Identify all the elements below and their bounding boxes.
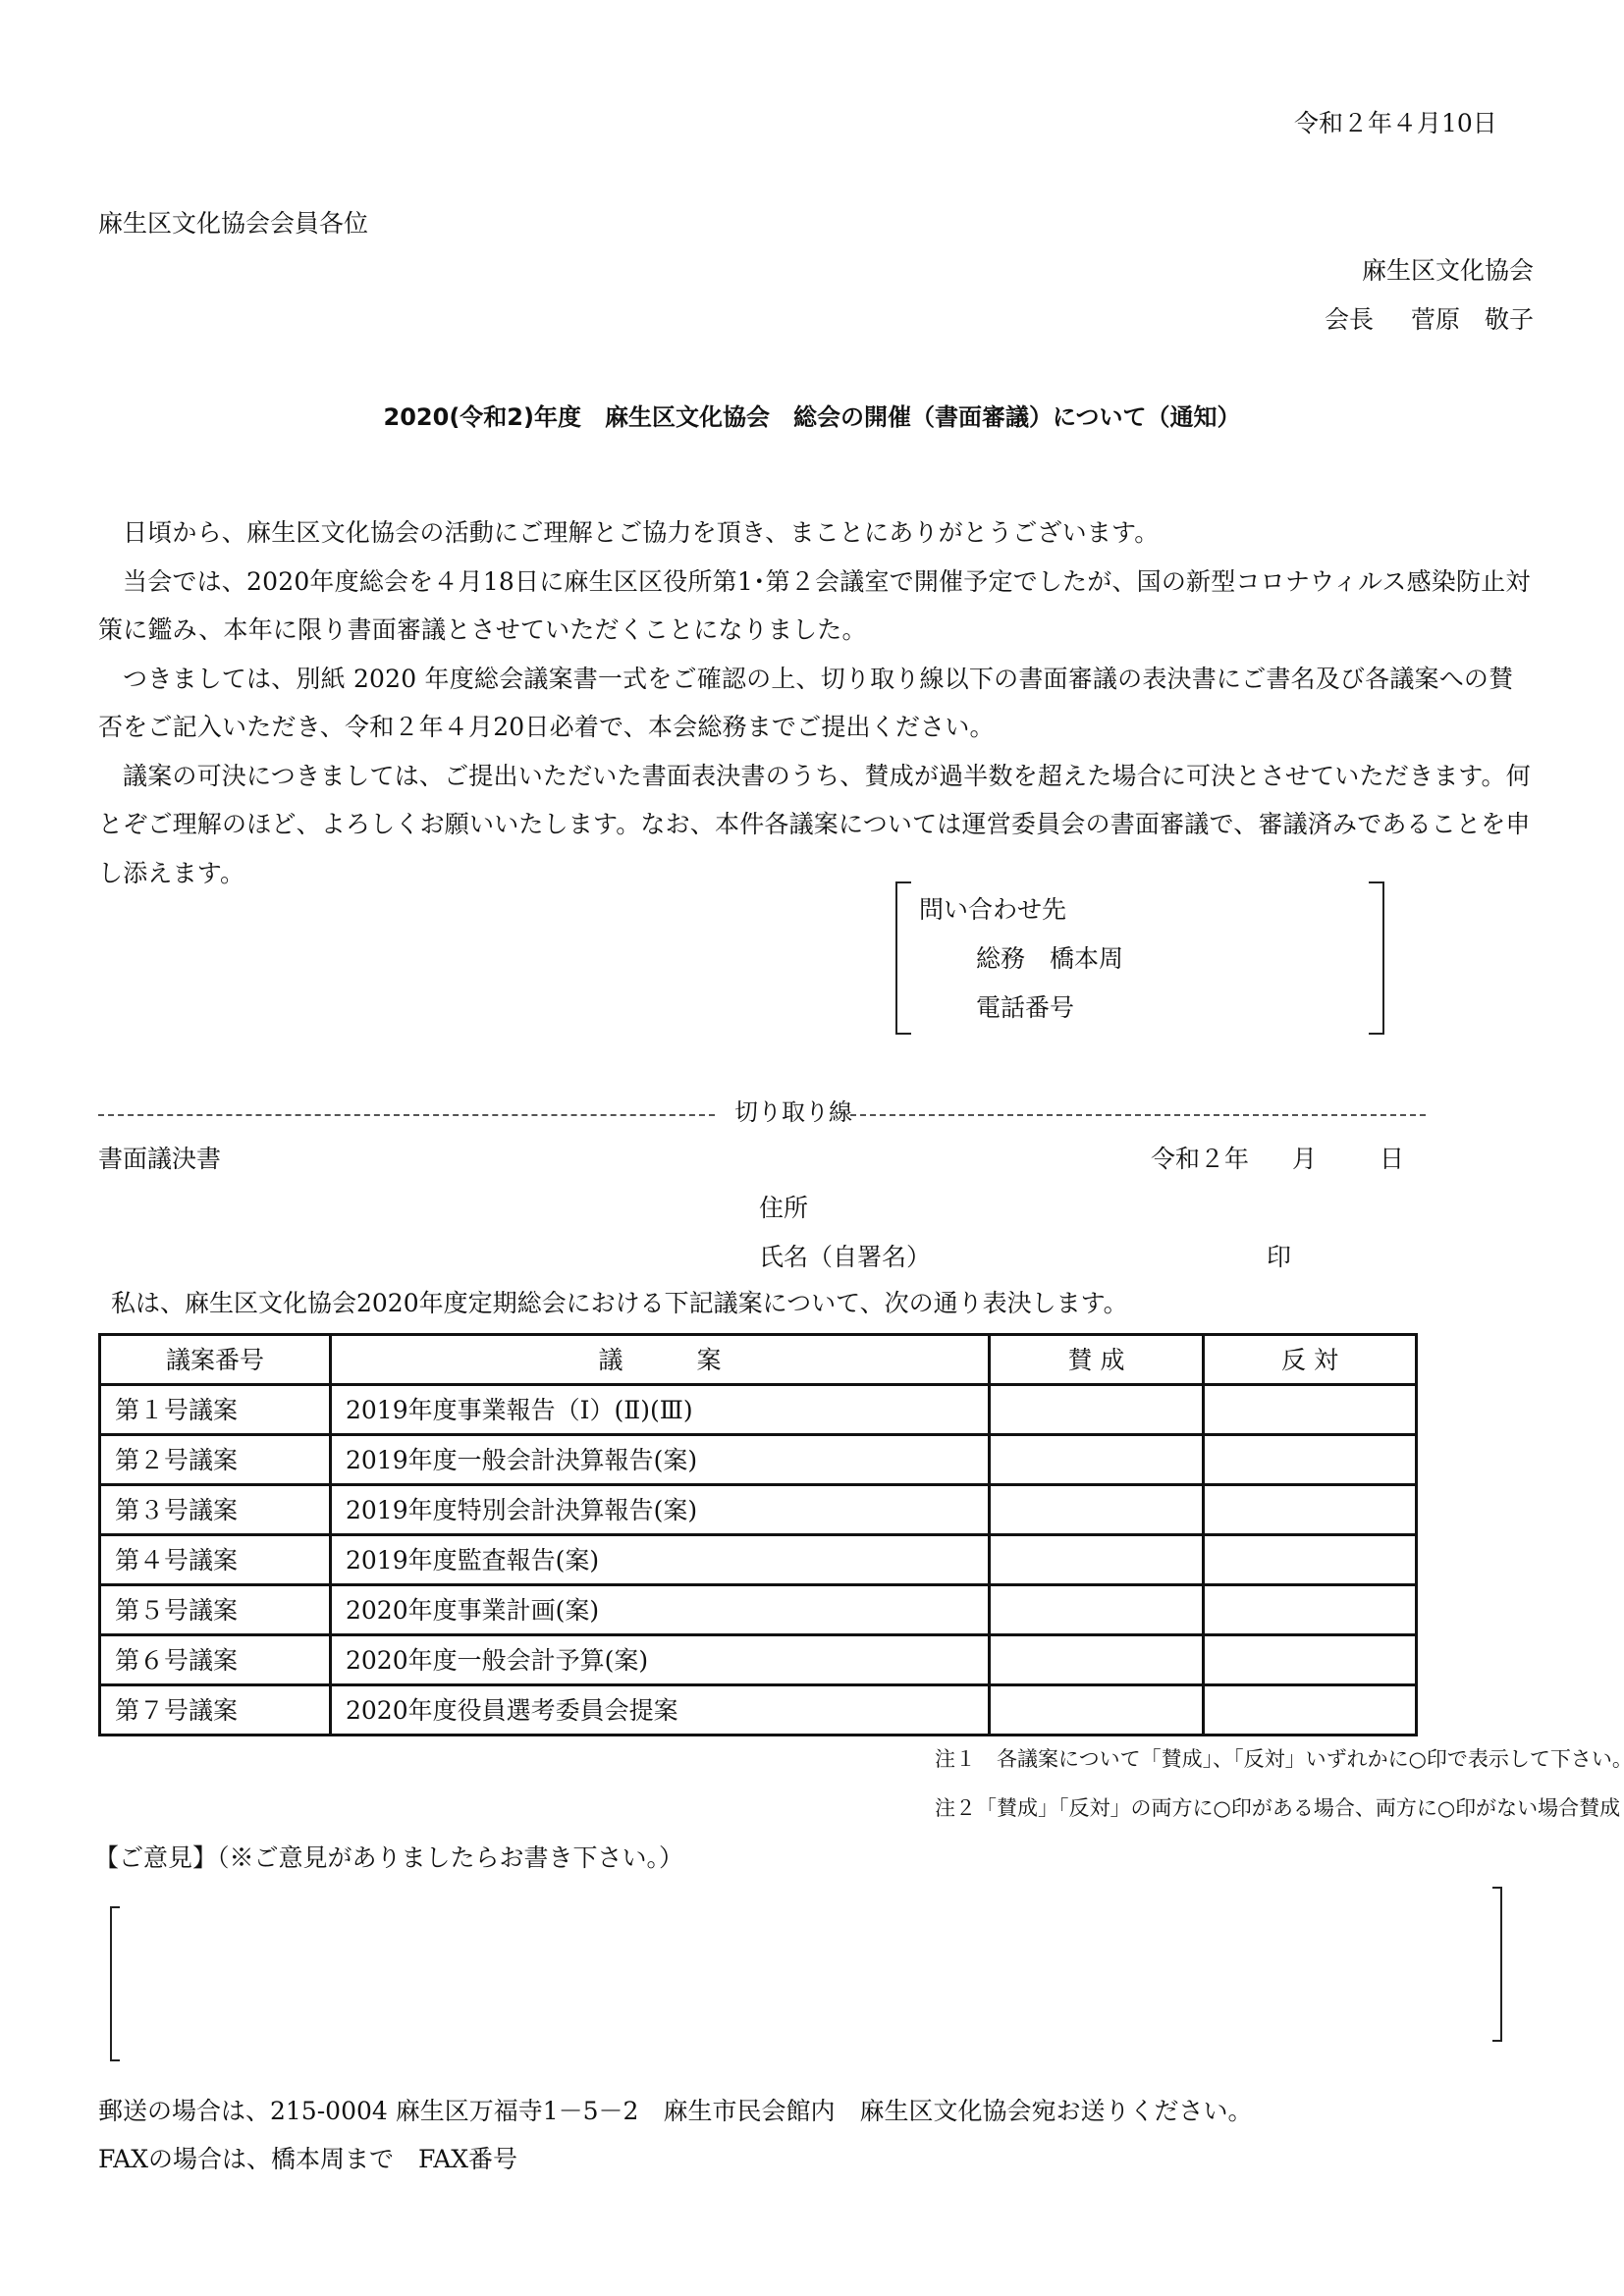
name-field-label[interactable]: 氏名（自署名） (759, 1245, 931, 1269)
approve-cell[interactable] (990, 1585, 1204, 1635)
right-bracket (1369, 881, 1384, 1035)
form-date-era: 令和２年 (1151, 1147, 1249, 1171)
proposal-number: 第３号議案 (100, 1485, 331, 1535)
left-bracket (110, 1906, 120, 2061)
proposal-item: 2020年度事業計画(案) (331, 1585, 990, 1635)
body-paragraph: 当会では、2020年度総会を４月18日に麻生区区役所第1･第２会議室で開催予定で… (98, 558, 1534, 655)
notice-body: 日頃から、麻生区文化協会の活動にご理解とご協力を頂き、まことにありがとうございま… (98, 508, 1534, 897)
approve-cell[interactable] (990, 1535, 1204, 1585)
dashed-line (850, 1114, 1426, 1116)
contact-person: 総務 橋本周 (976, 946, 1123, 971)
body-paragraph: つきましては、別紙 2020 年度総会議案書一式をご確認の上、切り取り線以下の書… (98, 655, 1534, 752)
oppose-cell[interactable] (1204, 1685, 1417, 1735)
proposal-item: 2020年度一般会計予算(案) (331, 1635, 990, 1685)
approve-cell[interactable] (990, 1385, 1204, 1435)
table-row: 第６号議案 2020年度一般会計予算(案) (100, 1635, 1417, 1685)
form-title: 書面議決書 (98, 1147, 221, 1171)
column-header-number: 議案番号 (100, 1335, 331, 1385)
document-date: 令和２年４月10日 (1294, 111, 1497, 135)
proposal-item: 2019年度一般会計決算報告(案) (331, 1435, 990, 1485)
oppose-cell[interactable] (1204, 1635, 1417, 1685)
proposal-number: 第６号議案 (100, 1635, 331, 1685)
table-row: 第３号議案 2019年度特別会計決算報告(案) (100, 1485, 1417, 1535)
table-row: 第７号議案 2020年度役員選考委員会提案 (100, 1685, 1417, 1735)
proposal-item: 2020年度役員選考委員会提案 (331, 1685, 990, 1735)
column-header-approve: 賛 成 (990, 1335, 1204, 1385)
dashed-line (98, 1114, 715, 1116)
sender-name: 菅原 敬子 (1411, 305, 1534, 334)
sender-role: 会長 (1325, 305, 1374, 334)
fax-instructions: FAXの場合は、橋本周まで FAX番号 (98, 2147, 517, 2171)
oppose-cell[interactable] (1204, 1485, 1417, 1535)
column-header-oppose: 反 対 (1204, 1335, 1417, 1385)
contact-phone-label: 電話番号 (976, 995, 1074, 1020)
cut-line-label: 切り取り線 (734, 1100, 852, 1124)
sender-signature: 会長菅原 敬子 (1325, 307, 1534, 332)
form-date-day: 日 (1380, 1147, 1404, 1171)
column-header-item: 議 案 (331, 1335, 990, 1385)
body-paragraph: 日頃から、麻生区文化協会の活動にご理解とご協力を頂き、まことにありがとうございま… (98, 508, 1534, 558)
right-bracket (1492, 1887, 1502, 2042)
sender-organization: 麻生区文化協会 (1362, 258, 1534, 283)
vote-table: 議案番号 議 案 賛 成 反 対 第１号議案 2019年度事業報告（Ⅰ）(Ⅱ)(… (98, 1333, 1418, 1736)
note-2: 注２「賛成」「反対」の両方に○印がある場合、両方に○印がない場合賛成と見なします… (935, 1798, 1624, 1819)
table-header-row: 議案番号 議 案 賛 成 反 対 (100, 1335, 1417, 1385)
proposal-number: 第１号議案 (100, 1385, 331, 1435)
document-title: 2020(令和2)年度 麻生区文化協会 総会の開催（書面審議）について（通知） (0, 405, 1624, 429)
proposal-item: 2019年度特別会計決算報告(案) (331, 1485, 990, 1535)
body-paragraph: 議案の可決につきましては、ご提出いただいた書面表決書のうち、賛成が過半数を超えた… (98, 752, 1534, 898)
table-row: 第１号議案 2019年度事業報告（Ⅰ）(Ⅱ)(Ⅲ) (100, 1385, 1417, 1435)
table-row: 第２号議案 2019年度一般会計決算報告(案) (100, 1435, 1417, 1485)
approve-cell[interactable] (990, 1485, 1204, 1535)
proposal-number: 第４号議案 (100, 1535, 331, 1585)
oppose-cell[interactable] (1204, 1585, 1417, 1635)
form-date-month: 月 (1292, 1147, 1317, 1171)
contact-heading: 問い合わせ先 (919, 897, 1066, 922)
contact-box: 問い合わせ先 総務 橋本周 電話番号 (895, 881, 1384, 1035)
proposal-item: 2019年度事業報告（Ⅰ）(Ⅱ)(Ⅲ) (331, 1385, 990, 1435)
proposal-number: 第２号議案 (100, 1435, 331, 1485)
table-row: 第４号議案 2019年度監査報告(案) (100, 1535, 1417, 1585)
form-date: 令和２年月日 (1151, 1147, 1404, 1171)
proposal-number: 第７号議案 (100, 1685, 331, 1735)
note-1: 注１ 各議案について「賛成」、「反対」いずれかに○印で表示して下さい。 (935, 1749, 1624, 1770)
opinion-label: 【ご意見】（※ご意見がありましたらお書き下さい。） (94, 1845, 683, 1870)
addressee: 麻生区文化協会会員各位 (98, 211, 368, 236)
opinion-box (110, 1887, 1502, 2061)
left-bracket (895, 881, 911, 1035)
proposal-number: 第５号議案 (100, 1585, 331, 1635)
address-field-label[interactable]: 住所 (759, 1196, 808, 1220)
approve-cell[interactable] (990, 1685, 1204, 1735)
cut-line: 切り取り線 (98, 1100, 1426, 1130)
approve-cell[interactable] (990, 1635, 1204, 1685)
table-row: 第５号議案 2020年度事業計画(案) (100, 1585, 1417, 1635)
vote-declaration: 私は、麻生区文化協会2020年度定期総会における下記議案について、次の通り表決し… (111, 1291, 1128, 1315)
opinion-input[interactable] (124, 1895, 1489, 2054)
proposal-item: 2019年度監査報告(案) (331, 1535, 990, 1585)
oppose-cell[interactable] (1204, 1535, 1417, 1585)
approve-cell[interactable] (990, 1435, 1204, 1485)
oppose-cell[interactable] (1204, 1385, 1417, 1435)
seal-mark: 印 (1267, 1245, 1291, 1269)
oppose-cell[interactable] (1204, 1435, 1417, 1485)
mail-instructions: 郵送の場合は、215-0004 麻生区万福寺1－5－2 麻生市民会館内 麻生区文… (98, 2099, 1252, 2123)
